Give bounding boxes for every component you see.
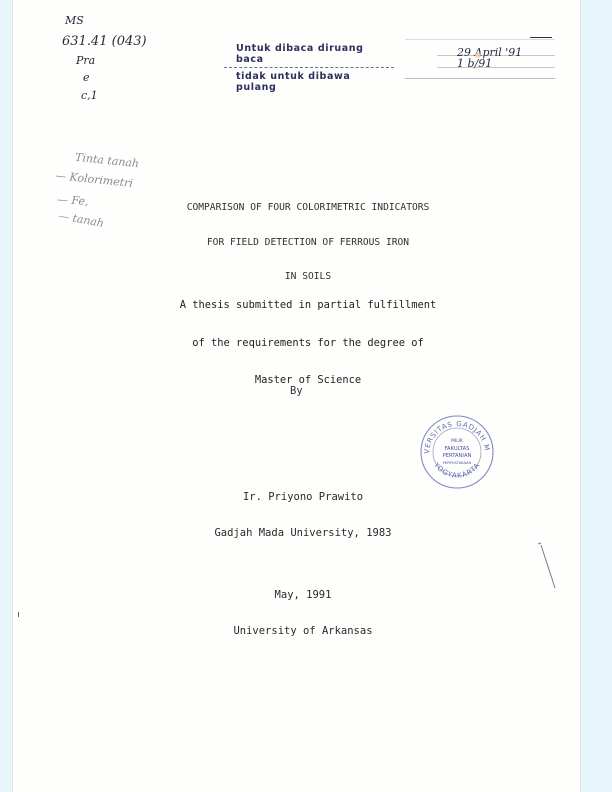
call-number-author-code: Pra [76,54,95,67]
call-number-ms: MS [65,14,84,27]
author-block: Ir. Priyono Prawito Gadjah Mada Universi… [193,467,413,563]
university-seal-stamp: UNIVERSITAS GADJAH MADA YOGYAKARTA MILIK… [419,414,495,490]
accession-form: 29 April '91 1 b/91 [405,37,565,79]
seal-center-4: PERPUSTAKAAN [443,461,472,465]
thesis-title-page: MS 631.41 (043) Pra e c,1 Untuk dibaca d… [13,0,580,792]
library-stamp: Untuk dibaca diruang baca tidak untuk di… [224,43,394,93]
call-number-code: 631.41 (043) [62,34,147,49]
seal-center-2: FAKULTAS [445,446,470,452]
by-label: By [290,385,303,397]
stain-mark [475,52,481,58]
seal-center-1: MILIK [451,438,464,444]
title-line-1: COMPARISON OF FOUR COLORIMETRIC INDICATO… [168,202,448,214]
margin-note-4: — tanah [57,209,105,230]
margin-note-3: — Fe, [57,193,89,208]
seal-center-3: PERTANIAN [443,453,472,459]
author-name: Ir. Priyono Prawito [193,491,413,503]
form-rule [405,39,555,40]
form-rule [405,78,555,79]
date-institution-block: May, 1991 University of Arkansas [213,565,393,661]
call-number-title-code: e [83,71,90,84]
pencil-stroke-mark [535,540,565,600]
form-corner-mark [530,37,552,38]
margin-note-1: Tinta tanah [74,151,139,171]
thesis-statement: A thesis submitted in partial fulfillmen… [173,274,443,412]
call-number-copy: c,1 [81,89,98,102]
stamp-line-not-for-loan: tidak untuk dibawa pulang [224,68,394,93]
statement-line-2: of the requirements for the degree of [173,337,443,350]
margin-note-2: — Kolorimetri [55,169,134,190]
institution: University of Arkansas [213,625,393,637]
author-prior-degree: Gadjah Mada University, 1983 [193,527,413,539]
stamp-line-read-in-room: Untuk dibaca diruang baca [224,43,394,68]
accession-number: 1 b/91 [457,57,492,70]
form-rule [437,67,555,68]
statement-line-3: Master of Science [173,374,443,387]
statement-line-1: A thesis submitted in partial fulfillmen… [173,299,443,312]
title-line-2: FOR FIELD DETECTION OF FERROUS IRON [168,237,448,249]
submission-date: May, 1991 [213,589,393,601]
speck-mark [18,612,19,617]
